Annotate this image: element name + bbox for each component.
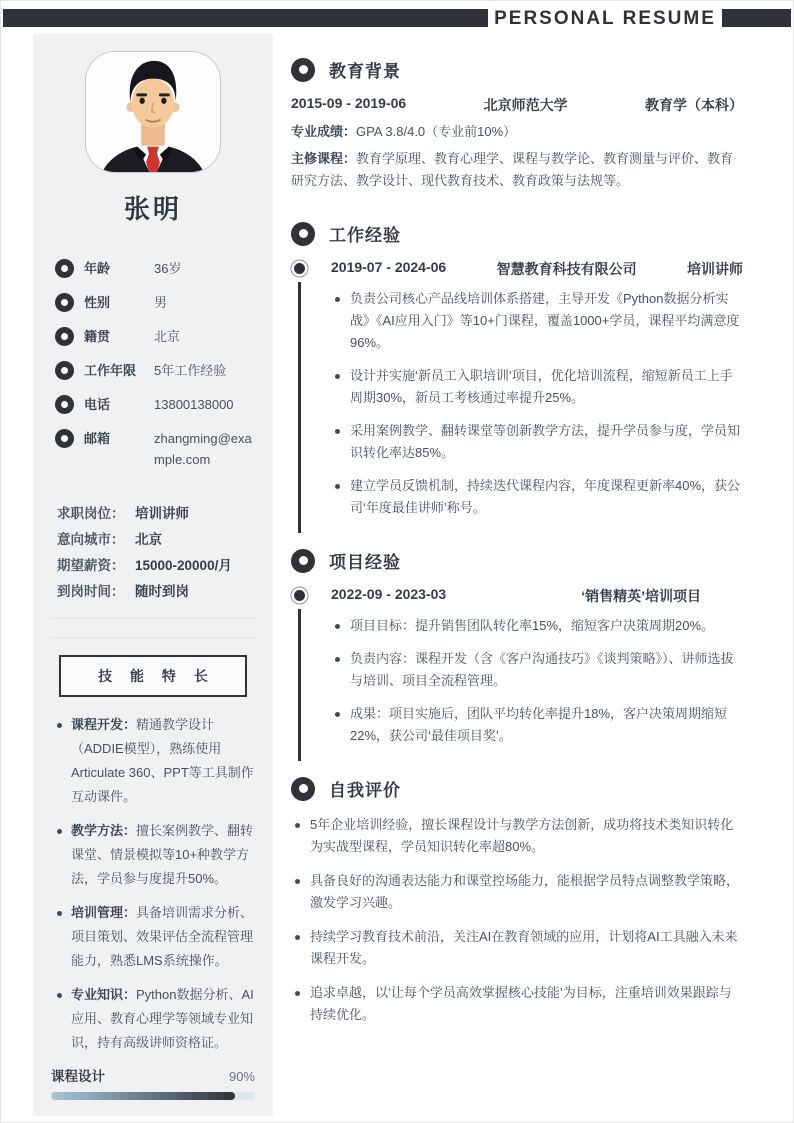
header-title-box: PERSONAL RESUME	[488, 1, 722, 37]
skill-text: 教学方法：擅长案例教学、翻转课堂、情景模拟等10+种教学方法，学员参与度提升50…	[71, 819, 257, 891]
bullet-dot-icon	[295, 879, 300, 884]
preference-value: 培训讲师	[135, 505, 189, 522]
bullet-text: 持续学习教育技术前沿，关注AI在教育领域的应用，计划将AI工具融入未来课程开发。	[310, 926, 743, 970]
work-bullet: 采用案例教学、翻转课堂等创新教学方法，提升学员参与度，学员知识转化率达85%。	[331, 420, 743, 464]
timeline-dot-icon	[294, 263, 305, 274]
bullet-donut-icon	[55, 361, 74, 380]
bullet-dot-icon	[335, 297, 340, 302]
bullet-dot-icon	[57, 829, 62, 834]
section-self-evaluation: 自我评价 5年企业培训经验，擅长课程设计与教学方法创新，成功将技术类知识转化为实…	[291, 776, 743, 1026]
project-header-row: 2022-09 - 2023-03 ‘销售精英’培训项目	[331, 586, 743, 606]
portrait-illustration	[86, 52, 220, 173]
meter-label: 课程设计	[51, 1065, 105, 1085]
self-eval-bullet: 追求卓越，以‘让每个学员高效掌握核心技能’为目标，注重培训效果跟踪与持续优化。	[291, 982, 743, 1026]
gpa-value: GPA 3.8/4.0（专业前10%）	[356, 124, 516, 139]
education-header-row: 2015-09 - 2019-06 北京师范大学 教育学（本科）	[291, 95, 743, 115]
progress-track	[51, 1092, 255, 1100]
bullet-text: 负责内容：课程开发（含《客户沟通技巧》《谈判策略》）、讲师选拔与培训、项目全流程…	[350, 648, 743, 692]
skill-text: 专业知识：Python数据分析、AI应用、教育心理学等领域专业知识，持有高级讲师…	[71, 983, 257, 1055]
divider	[51, 618, 255, 619]
project-bullet: 项目目标：提升销售团队转化率15%，缩短客户决策周期20%。	[331, 615, 743, 637]
resume-page: PERSONAL RESUME	[0, 0, 794, 1123]
skill-term: 培训管理：	[71, 905, 136, 920]
section-title: 自我评价	[329, 776, 401, 801]
work-bullet: 负责公司核心产品线培训体系搭建，主导开发《Python数据分析实战》《AI应用入…	[331, 288, 743, 354]
section-donut-icon	[291, 58, 315, 82]
preference-value: 北京	[135, 531, 162, 548]
preference-label: 意向城市：	[57, 531, 135, 548]
info-value: 5年工作经验	[154, 360, 259, 381]
skill-item: 培训管理：具备培训需求分析、项目策划、效果评估全流程管理能力，熟悉LMS系统操作…	[55, 901, 257, 973]
section-project-experience: 项目经验 2022-09 - 2023-03 ‘销售精英’培训项目 项目目标：提…	[291, 548, 743, 747]
bullet-text: 追求卓越，以‘让每个学员高效掌握核心技能’为目标，注重培训效果跟踪与持续优化。	[310, 982, 743, 1026]
info-row-gender: 性别 男	[47, 292, 259, 313]
bullet-text: 建立学员反馈机制，持续迭代课程内容，年度课程更新率40%，获公司‘年度最佳讲师’…	[350, 475, 743, 519]
project-bullets: 项目目标：提升销售团队转化率15%，缩短客户决策周期20%。 负责内容：课程开发…	[331, 615, 743, 747]
progress-fill	[51, 1092, 235, 1100]
bullet-text: 具备良好的沟通表达能力和课堂控场能力，能根据学员特点调整教学策略，激发学习兴趣。	[310, 870, 743, 914]
section-education: 教育背景 2015-09 - 2019-06 北京师范大学 教育学（本科） 专业…	[291, 57, 743, 192]
bullet-dot-icon	[57, 723, 62, 728]
skill-term: 专业知识：	[71, 987, 136, 1002]
info-label: 性别	[84, 292, 154, 313]
skill-text: 课程开发：精通教学设计（ADDIE模型），熟练使用 Articulate 360…	[71, 713, 257, 809]
divider	[51, 637, 255, 638]
bullet-donut-icon	[55, 259, 74, 278]
info-value: 北京	[154, 326, 259, 347]
job-preference-row: 期望薪资： 15000-20000/月	[57, 557, 259, 574]
skills-section-title: 技 能 特 长	[59, 655, 247, 697]
work-bullets: 负责公司核心产品线培训体系搭建，主导开发《Python数据分析实战》《AI应用入…	[331, 288, 743, 519]
bullet-dot-icon	[335, 657, 340, 662]
skill-meter: 课程设计 90%	[47, 1065, 259, 1106]
info-row-age: 年龄 36岁	[47, 258, 259, 279]
info-row-phone: 电话 13800138000	[47, 394, 259, 415]
bullet-text: 采用案例教学、翻转课堂等创新教学方法，提升学员参与度，学员知识转化率达85%。	[350, 420, 743, 464]
courses-value: 教育学原理、教育心理学、课程与教学论、教育测量与评价、教育研究方法、教学设计、现…	[291, 151, 733, 188]
info-row-email: 邮箱 zhangming@example.com	[47, 428, 259, 470]
project-bullet: 负责内容：课程开发（含《客户沟通技巧》《谈判策略》）、讲师选拔与培训、项目全流程…	[331, 648, 743, 692]
education-period: 2015-09 - 2019-06	[291, 95, 406, 115]
gpa-label: 专业成绩：	[291, 124, 356, 139]
section-donut-icon	[291, 222, 315, 246]
self-eval-bullet: 持续学习教育技术前沿，关注AI在教育领域的应用，计划将AI工具融入未来课程开发。	[291, 926, 743, 970]
bullet-donut-icon	[55, 429, 74, 448]
info-value: 男	[154, 292, 259, 313]
bullet-dot-icon	[335, 712, 340, 717]
self-eval-bullet: 5年企业培训经验，擅长课程设计与教学方法创新，成功将技术类知识转化为实战型课程，…	[291, 814, 743, 858]
education-gpa: 专业成绩：GPA 3.8/4.0（专业前10%）	[291, 121, 743, 143]
profile-photo	[85, 51, 221, 173]
info-label: 电话	[84, 394, 154, 415]
info-label: 年龄	[84, 258, 154, 279]
bullet-dot-icon	[295, 935, 300, 940]
skill-item: 课程开发：精通教学设计（ADDIE模型），熟练使用 Articulate 360…	[55, 713, 257, 809]
info-value: 36岁	[154, 258, 259, 279]
project-name: ‘销售精英’培训项目	[581, 586, 701, 606]
sidebar: 张明 年龄 36岁 性别 男 籍贯 北京 工作年限 5年工作经验	[33, 34, 273, 1116]
main-column: 教育背景 2015-09 - 2019-06 北京师范大学 教育学（本科） 专业…	[291, 57, 743, 1055]
bullet-dot-icon	[335, 374, 340, 379]
candidate-name: 张明	[47, 189, 259, 226]
info-row-experience-years: 工作年限 5年工作经验	[47, 360, 259, 381]
info-row-hometown: 籍贯 北京	[47, 326, 259, 347]
preference-value: 随时到岗	[135, 583, 189, 600]
self-eval-bullet: 具备良好的沟通表达能力和课堂控场能力，能根据学员特点调整教学策略，激发学习兴趣。	[291, 870, 743, 914]
section-work-experience: 工作经验 2019-07 - 2024-06 智慧教育科技有限公司 培训讲师 负…	[291, 221, 743, 519]
timeline-line	[298, 609, 301, 761]
work-bullet: 设计并实施‘新员工入职培训’项目，优化培训流程，缩短新员工上手周期30%，新员工…	[331, 365, 743, 409]
bullet-text: 成果：项目实施后，团队平均转化率提升18%，客户决策周期缩短22%，获公司‘最佳…	[350, 703, 743, 747]
page-title: PERSONAL RESUME	[494, 8, 716, 30]
section-title: 教育背景	[329, 57, 401, 82]
bullet-dot-icon	[335, 624, 340, 629]
personal-info-list: 年龄 36岁 性别 男 籍贯 北京 工作年限 5年工作经验 电话 138	[47, 258, 259, 483]
skill-text: 培训管理：具备培训需求分析、项目策划、效果评估全流程管理能力，熟悉LMS系统操作…	[71, 901, 257, 973]
education-courses: 主修课程：教育学原理、教育心理学、课程与教学论、教育测量与评价、教育研究方法、教…	[291, 148, 743, 192]
job-preference-row: 求职岗位： 培训讲师	[57, 505, 259, 522]
skill-item: 教学方法：擅长案例教学、翻转课堂、情景模拟等10+种教学方法，学员参与度提升50…	[55, 819, 257, 891]
meter-percent: 90%	[229, 1069, 255, 1084]
project-entry: 2022-09 - 2023-03 ‘销售精英’培训项目 项目目标：提升销售团队…	[291, 586, 743, 747]
job-preference-row: 意向城市： 北京	[57, 531, 259, 548]
work-header-row: 2019-07 - 2024-06 智慧教育科技有限公司 培训讲师	[331, 259, 743, 279]
work-entry: 2019-07 - 2024-06 智慧教育科技有限公司 培训讲师 负责公司核心…	[291, 259, 743, 519]
bullet-dot-icon	[295, 991, 300, 996]
email-address: zhangming@example.com	[154, 428, 259, 470]
preference-label: 期望薪资：	[57, 557, 135, 574]
preference-value: 15000-20000/月	[135, 557, 232, 574]
job-preference-row: 到岗时间： 随时到岗	[57, 583, 259, 600]
section-title: 项目经验	[329, 548, 401, 573]
bullet-donut-icon	[55, 395, 74, 414]
info-label: 籍贯	[84, 326, 154, 347]
section-donut-icon	[291, 777, 315, 801]
section-donut-icon	[291, 549, 315, 573]
skill-item: 专业知识：Python数据分析、AI应用、教育心理学等领域专业知识，持有高级讲师…	[55, 983, 257, 1055]
info-label: 邮箱	[84, 428, 154, 449]
project-bullet: 成果：项目实施后，团队平均转化率提升18%，客户决策周期缩短22%，获公司‘最佳…	[331, 703, 743, 747]
skill-term: 课程开发：	[71, 717, 136, 732]
bullet-text: 项目目标：提升销售团队转化率15%，缩短客户决策周期20%。	[350, 615, 714, 637]
bullet-donut-icon	[55, 293, 74, 312]
bullet-dot-icon	[335, 429, 340, 434]
timeline-dot-icon	[294, 590, 305, 601]
bullet-donut-icon	[55, 327, 74, 346]
self-eval-bullets: 5年企业培训经验，擅长课程设计与教学方法创新，成功将技术类知识转化为实战型课程，…	[291, 814, 743, 1026]
phone-number: 13800138000	[154, 394, 259, 415]
education-degree: 教育学（本科）	[645, 95, 743, 115]
skills-list: 课程开发：精通教学设计（ADDIE模型），熟练使用 Articulate 360…	[47, 713, 259, 1065]
work-period: 2019-07 - 2024-06	[331, 259, 446, 279]
bullet-text: 5年企业培训经验，擅长课程设计与教学方法创新，成功将技术类知识转化为实战型课程，…	[310, 814, 743, 858]
work-bullet: 建立学员反馈机制，持续迭代课程内容，年度课程更新率40%，获公司‘年度最佳讲师’…	[331, 475, 743, 519]
work-company: 智慧教育科技有限公司	[497, 259, 637, 279]
section-title: 工作经验	[329, 221, 401, 246]
info-label: 工作年限	[84, 360, 154, 381]
work-role: 培训讲师	[687, 259, 743, 279]
bullet-dot-icon	[57, 911, 62, 916]
skill-term: 教学方法：	[71, 823, 136, 838]
job-preferences: 求职岗位： 培训讲师 意向城市： 北京 期望薪资： 15000-20000/月 …	[47, 505, 259, 609]
education-school: 北京师范大学	[484, 95, 568, 115]
bullet-dot-icon	[295, 823, 300, 828]
preference-label: 求职岗位：	[57, 505, 135, 522]
preference-label: 到岗时间：	[57, 583, 135, 600]
courses-label: 主修课程：	[291, 151, 356, 166]
bullet-text: 设计并实施‘新员工入职培训’项目，优化培训流程，缩短新员工上手周期30%，新员工…	[350, 365, 743, 409]
timeline-line	[298, 282, 301, 533]
project-period: 2022-09 - 2023-03	[331, 586, 446, 606]
bullet-text: 负责公司核心产品线培训体系搭建，主导开发《Python数据分析实战》《AI应用入…	[350, 288, 743, 354]
bullet-dot-icon	[335, 484, 340, 489]
bullet-dot-icon	[57, 993, 62, 998]
